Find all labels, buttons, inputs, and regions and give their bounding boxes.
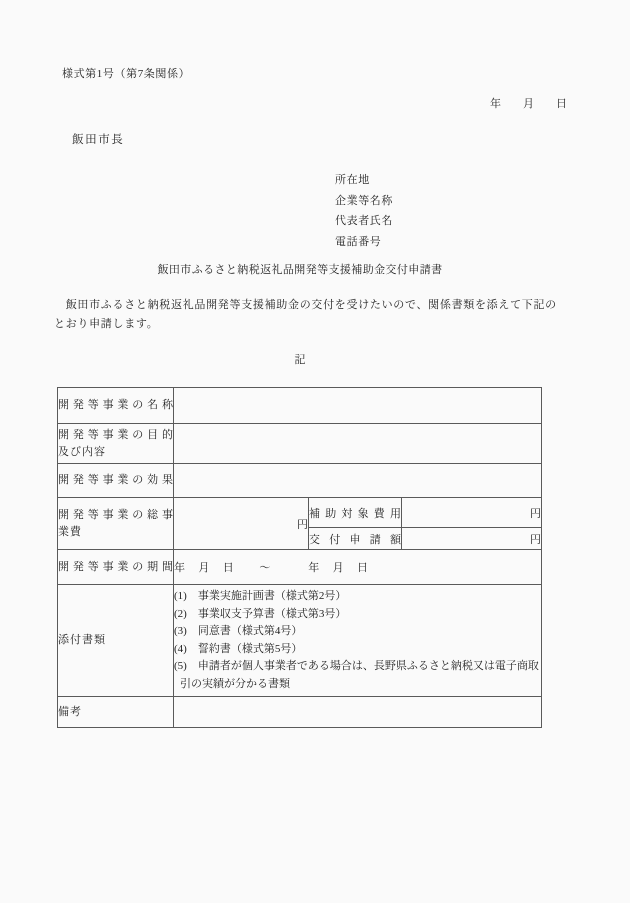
date-line: 年 月 日	[490, 95, 567, 111]
row-total-cost: 開発等事業の総事 業費 円 補助対象費用 円	[58, 498, 542, 528]
grant-request-value-cell: 円	[402, 528, 542, 550]
application-table: 開発等事業の名称 開発等事業の目的 及び内容 開発等事業の効果 開発等事業の総事…	[57, 387, 542, 728]
row-period: 開発等事業の期間 年 月 日 〜 年 月 日	[58, 550, 542, 585]
purpose-value-cell	[174, 424, 542, 464]
body-line-2: とおり申請します。	[54, 315, 576, 334]
addressee: 飯田市長	[72, 131, 124, 147]
row-effect: 開発等事業の効果	[58, 464, 542, 498]
row-project-name: 開発等事業の名称	[58, 388, 542, 424]
attachment-item-4: (4) 誓約書（様式第5号）	[174, 641, 541, 659]
period-label: 開発等事業の期間	[58, 550, 174, 585]
document-page: 様式第1号（第7条関係） 年 月 日 飯田市長 所在地 企業等名称 代表者氏名 …	[0, 0, 630, 903]
total-cost-label-line1: 開発等事業の総事	[58, 507, 173, 524]
total-cost-label: 開発等事業の総事 業費	[58, 498, 174, 550]
attachments-list: (1) 事業実施計画書（様式第2号） (2) 事業収支予算書（様式第3号） (3…	[174, 585, 542, 697]
applicant-field-location: 所在地	[335, 170, 393, 191]
body-line-1: 飯田市ふるさと納税返礼品開発等支援補助金の交付を受けたいので、関係書類を添えて下…	[54, 296, 576, 315]
applicant-field-company-name: 企業等名称	[335, 191, 393, 212]
applicant-field-phone-number: 電話番号	[335, 232, 393, 253]
row-attachments: 添付書類 (1) 事業実施計画書（様式第2号） (2) 事業収支予算書（様式第3…	[58, 585, 542, 697]
row-remarks: 備考	[58, 697, 542, 728]
remarks-label: 備考	[58, 697, 174, 728]
effect-label: 開発等事業の効果	[58, 464, 174, 498]
project-name-label: 開発等事業の名称	[58, 388, 174, 424]
grant-request-label: 交付申請額	[309, 528, 402, 550]
remarks-value-cell	[174, 697, 542, 728]
attachment-item-3: (3) 同意書（様式第4号）	[174, 623, 541, 641]
applicant-field-representative-name: 代表者氏名	[335, 211, 393, 232]
project-name-value-cell	[174, 388, 542, 424]
attachments-label: 添付書類	[58, 585, 174, 697]
effect-value-cell	[174, 464, 542, 498]
purpose-label-line2: 及び内容	[58, 444, 173, 461]
subsidy-target-label: 補助対象費用	[309, 498, 402, 528]
form-number: 様式第1号（第7条関係）	[62, 65, 190, 81]
total-cost-value-cell: 円	[174, 498, 309, 550]
attachment-item-5: (5) 申請者が個人事業者である場合は、長野県ふるさと納税又は電子商取引の実績が…	[174, 658, 541, 693]
applicant-block: 所在地 企業等名称 代表者氏名 電話番号	[335, 170, 393, 252]
note-marker: 記	[54, 351, 546, 367]
total-cost-label-line2: 業費	[58, 524, 173, 541]
purpose-label: 開発等事業の目的 及び内容	[58, 424, 174, 464]
attachment-item-2: (2) 事業収支予算書（様式第3号）	[174, 606, 541, 624]
period-value-cell: 年 月 日 〜 年 月 日	[174, 550, 542, 585]
subsidy-target-value-cell: 円	[402, 498, 542, 528]
purpose-label-line1: 開発等事業の目的	[58, 427, 173, 444]
row-purpose: 開発等事業の目的 及び内容	[58, 424, 542, 464]
body-paragraph: 飯田市ふるさと納税返礼品開発等支援補助金の交付を受けたいので、関係書類を添えて下…	[54, 296, 576, 334]
attachment-item-1: (1) 事業実施計画書（様式第2号）	[174, 588, 541, 606]
document-title: 飯田市ふるさと納税返礼品開発等支援補助金交付申請書	[54, 261, 546, 277]
